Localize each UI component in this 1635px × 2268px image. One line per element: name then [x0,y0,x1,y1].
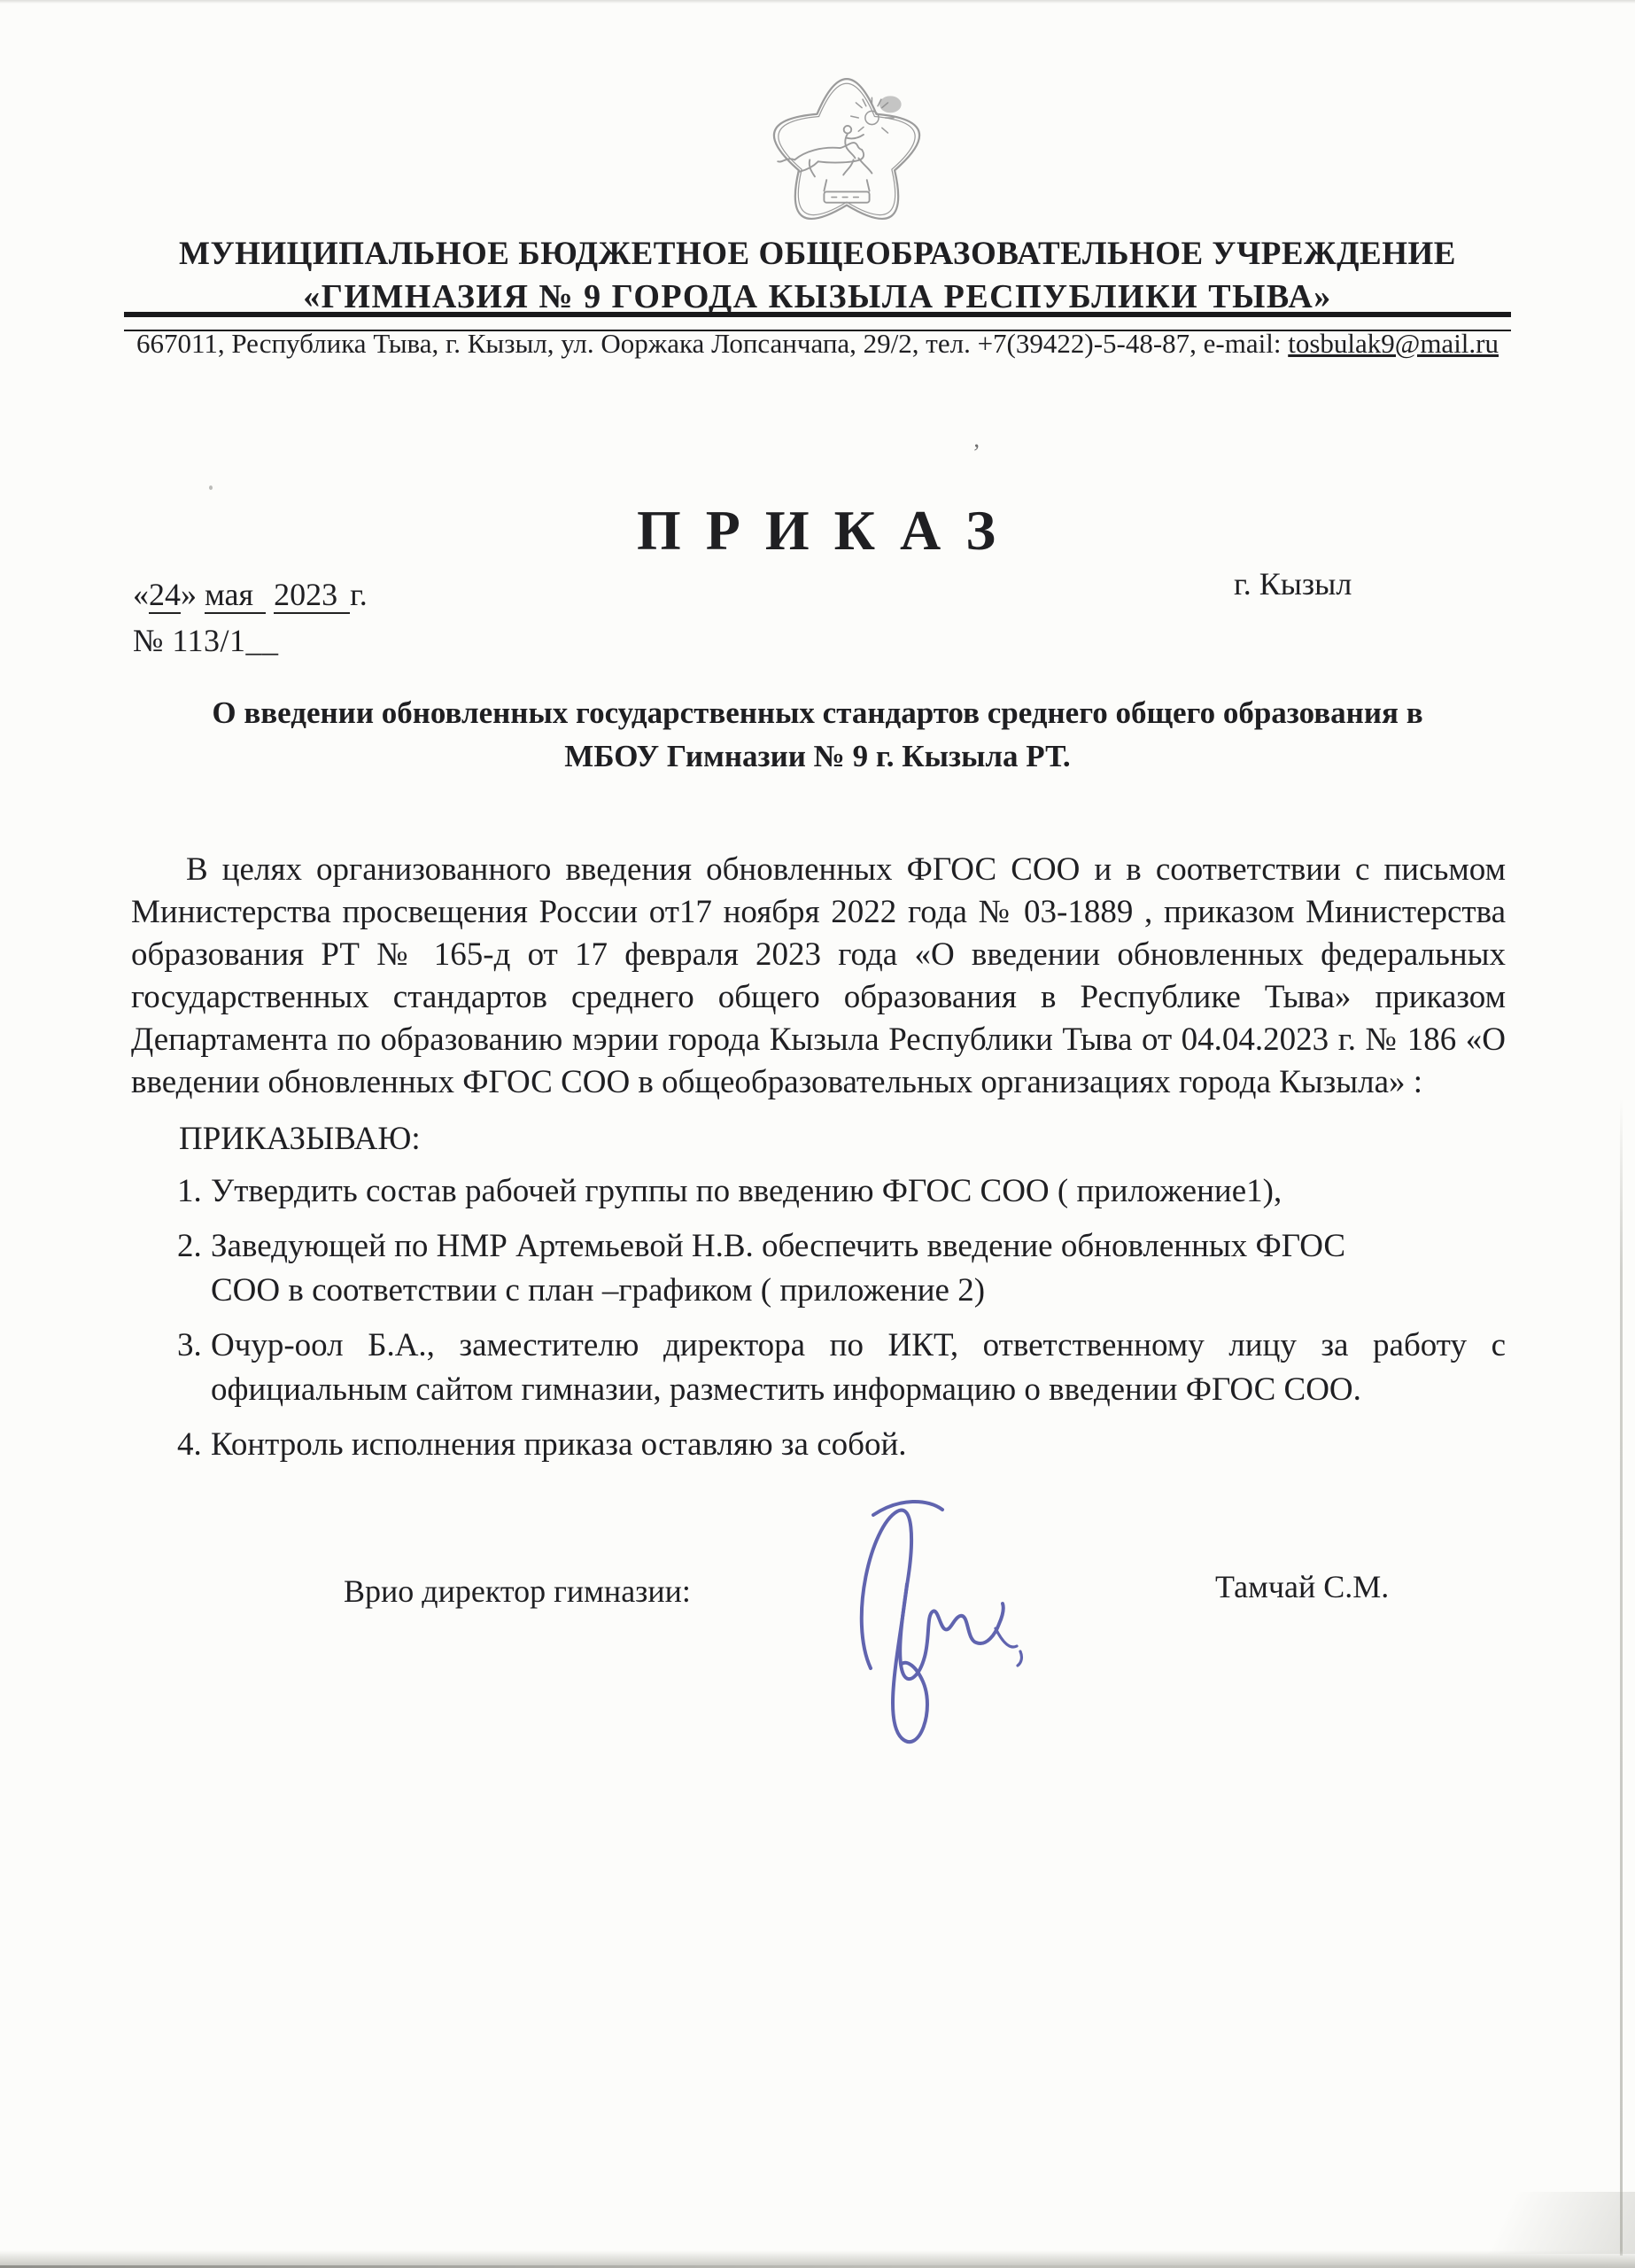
order-subject: О введении обновленных государственных с… [131,691,1504,778]
org-address-line: 667011, Республика Тыва, г. Кызыл, ул. О… [0,328,1635,360]
scanned-document-page: МУНИЦИПАЛЬНОЕ БЮДЖЕТНОЕ ОБЩЕОБРАЗОВАТЕЛЬ… [0,0,1635,2268]
handwritten-signature-icon [822,1487,1070,1752]
scan-corner-shadow [1334,2192,1635,2254]
order-city: г. Кызыл [1234,565,1352,602]
list-item: 2. Заведующей по НМР Артемьевой Н.В. обе… [177,1224,1506,1313]
date-year: 2023 [274,577,350,614]
date-close-quote: » [181,577,197,612]
signer-name: Тамчай С.М. [1215,1568,1389,1605]
list-item-number: 4. [177,1423,211,1467]
emblem-ink-blob [879,96,902,113]
list-item-text: Утвердить состав рабочей группы по введе… [211,1169,1506,1214]
order-number-line: № 113/1__ [133,622,279,659]
order-body: В целях организованного введения обновле… [131,849,1506,1478]
emblem-pedestal [824,180,869,203]
list-item-number: 2. [177,1224,211,1313]
list-item: 1. Утвердить состав рабочей группы по вв… [177,1169,1506,1214]
order-number-blank: __ [246,623,279,658]
list-item: 4. Контроль исполнения приказа оставляю … [177,1423,1506,1467]
order-items-list: 1. Утвердить состав рабочей группы по вв… [177,1169,1506,1467]
org-name-line1: МУНИЦИПАЛЬНОЕ БЮДЖЕТНОЕ ОБЩЕОБРАЗОВАТЕЛЬ… [0,236,1635,273]
order-title: П Р И К А З [0,498,1635,563]
date-suffix: г. [350,577,368,612]
date-day: 24 [149,577,181,614]
tyva-coat-of-arms-icon [760,69,934,230]
order-subject-line1: О введении обновленных государственных с… [131,691,1504,734]
list-item-text: Контроль исполнения приказа оставляю за … [211,1423,1506,1467]
decree-word: ПРИКАЗЫВАЮ: [179,1118,1506,1161]
order-number-value: 113/1 [172,623,245,658]
preamble-paragraph: В целях организованного введения обновле… [131,849,1506,1104]
list-item-text: Очур-оол Б.А., заместителю директора по … [211,1324,1506,1412]
list-item-number: 1. [177,1169,211,1214]
scan-speck-dot [209,485,213,490]
order-number-label: № [133,623,164,658]
scan-edge-right [1620,1099,1623,2256]
list-item-number: 3. [177,1324,211,1412]
order-date-line: «24» мая 2023г. [133,576,368,613]
scan-edge-top [0,0,1635,4]
list-item: 3. Очур-оол Б.А., заместителю директора … [177,1324,1506,1412]
list-item-text: Заведующей по НМР Артемьевой Н.В. обеспе… [211,1224,1389,1313]
org-address-text: 667011, Республика Тыва, г. Кызыл, ул. О… [136,328,1288,359]
date-month: мая [205,577,266,614]
scan-speck-mark: ʼ [972,439,980,467]
org-name-line2: «ГИМНАЗИЯ № 9 ГОРОДА КЫЗЫЛА РЕСПУБЛИКИ Т… [0,278,1635,315]
order-subject-line2: МБОУ Гимназии № 9 г. Кызыла РТ. [131,734,1504,778]
date-open-quote: « [133,577,149,612]
org-email-link: tosbulak9@mail.ru [1288,328,1499,359]
emblem-horseman [778,126,872,176]
signer-role-label: Врио директор гимназии: [344,1573,691,1610]
